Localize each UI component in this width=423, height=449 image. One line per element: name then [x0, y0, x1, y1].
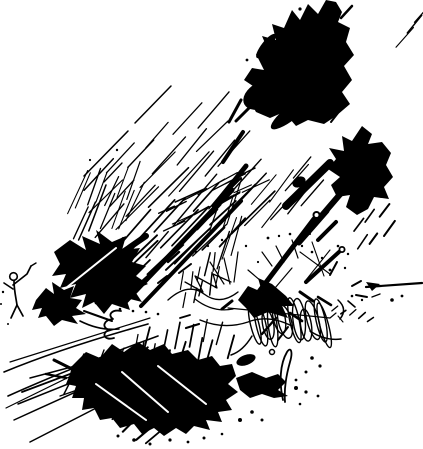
ink-speck [344, 267, 346, 269]
ink-speck [203, 437, 206, 440]
ink-speck [250, 410, 254, 414]
ink-speck [298, 7, 301, 10]
ink-speck [221, 433, 224, 436]
ink-speck [157, 313, 160, 316]
ink-speck [2, 291, 4, 293]
ink-speck [95, 302, 98, 305]
muzzle-ring-1 [314, 212, 320, 218]
ink-speck [107, 305, 110, 308]
ink-speck [168, 438, 171, 441]
ink-speck [347, 253, 349, 255]
ink-speck [390, 298, 394, 302]
ink-speck [207, 245, 209, 247]
ink-speck [267, 237, 270, 240]
ink-speck [329, 269, 332, 272]
ink-speck [119, 308, 122, 311]
ink-speck [401, 295, 404, 298]
ink-speck [294, 386, 298, 390]
muzzle-ring-2 [339, 247, 344, 252]
ink-speck [317, 395, 320, 398]
ink-speck [305, 371, 308, 374]
ink-speck [221, 239, 223, 241]
ink-speck [7, 323, 9, 325]
debris-ring [270, 350, 275, 355]
ink-illustration: Pen-and-ink battle sketch: artillery bat… [0, 0, 423, 449]
ink-speck [295, 379, 298, 382]
ink-speck [187, 441, 190, 444]
ink-speck [337, 245, 340, 248]
ink-speck [304, 390, 307, 393]
ink-speck [351, 295, 354, 298]
ink-drawing-svg: Pen-and-ink battle sketch: artillery bat… [0, 0, 423, 449]
ink-speck [132, 438, 136, 442]
ink-speck [310, 356, 314, 360]
ink-speck [195, 251, 197, 253]
ink-speck [289, 233, 292, 236]
ink-speck [309, 233, 311, 235]
ink-speck [261, 419, 264, 422]
figure-head [10, 273, 18, 281]
ink-speck [361, 299, 363, 301]
ink-speck [318, 364, 321, 367]
ink-speck [299, 403, 302, 406]
ink-speck [116, 149, 118, 151]
ink-speck [145, 311, 148, 314]
ink-speck [245, 245, 247, 247]
ink-speck [257, 261, 259, 263]
ink-speck [149, 443, 152, 446]
ink-speck [117, 435, 120, 438]
ink-speck [238, 418, 242, 422]
ink-speck [89, 159, 91, 161]
ink-speck [0, 303, 2, 305]
ink-speck [301, 245, 303, 247]
ink-speck [246, 59, 249, 62]
ink-speck [321, 257, 323, 259]
ink-speck [311, 251, 314, 254]
ink-speck [278, 235, 280, 237]
ink-speck [311, 17, 314, 20]
ink-speck [132, 310, 135, 313]
